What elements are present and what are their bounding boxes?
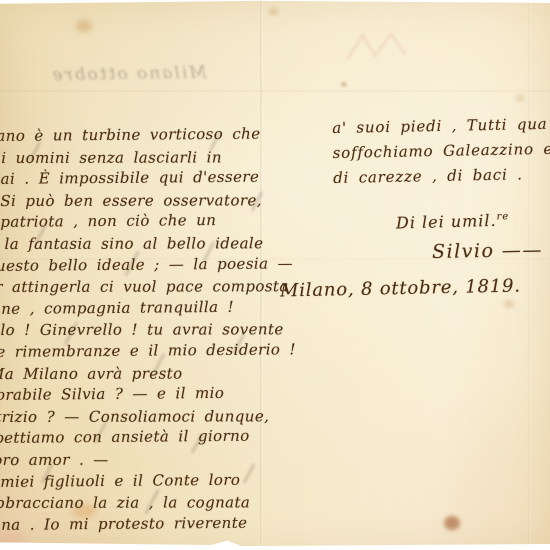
handwritten-line: ile rimembranze e il mio desiderio !	[0, 339, 276, 363]
handwritten-line: loro amor . —	[0, 449, 276, 471]
foxing-stain	[341, 82, 347, 87]
closing-superscript: re	[496, 211, 509, 222]
closing-line: Di lei umil.re	[396, 211, 510, 233]
right-fold-crease	[528, 2, 531, 544]
dateline: Milano, 8 ottobre, 1819.	[280, 275, 521, 301]
handwritten-line: questo bello ideale ; — la poesia —	[0, 253, 276, 277]
handwritten-line: Ma Milano avrà presto	[0, 363, 276, 385]
horizontal-crease	[0, 90, 550, 92]
handwritten-line: di carezze , di baci .	[333, 161, 550, 191]
red-ink-bleed-mark	[344, 28, 418, 68]
handwritten-line: mai . È impossibile qui d'essere	[0, 167, 276, 191]
handwritten-line: pina . Io mi protesto riverente	[0, 512, 276, 536]
left-page-text: ilano è un turbine vorticoso chegli uomi…	[0, 126, 276, 536]
foxing-stain	[269, 8, 278, 15]
foxing-stain	[444, 516, 460, 530]
foxing-stain	[516, 95, 524, 101]
handwritten-line: abbracciano la zia , la cognata	[0, 492, 276, 514]
handwritten-line: spettiamo con ansietà il giorno	[0, 426, 276, 450]
right-page-paragraph: a' suoi piedi , Tutti quasoffochiamo Gal…	[332, 111, 550, 191]
letter-photo: Milano ottobre ilano è un turbine vortic…	[0, 0, 550, 550]
paper-sheet: Milano ottobre ilano è un turbine vortic…	[0, 0, 550, 550]
closing-text: Di lei umil.	[396, 211, 497, 233]
handwritten-line: , patriota , non ciò che un	[0, 210, 276, 234]
handwritten-line: dorabile Silvia ? — e il mio	[0, 383, 276, 407]
handwritten-line: er attingerla ci vuol pace composta	[0, 276, 276, 298]
ghost-heading: Milano ottobre	[31, 62, 226, 85]
foxing-stain	[504, 300, 514, 308]
handwritten-line: ello ! Ginevrello ! tu avrai sovente	[0, 320, 276, 342]
signature: Silvio ——	[432, 239, 543, 263]
handwritten-line: a la fantasia sino al bello ideale	[0, 233, 276, 255]
handwritten-line: ilano è un turbine vorticoso che	[0, 123, 276, 147]
handwritten-line: i miei figliuoli e il Conte loro	[0, 469, 276, 493]
handwritten-line: dine , compagnia tranquilla !	[0, 296, 276, 320]
foxing-stain	[76, 20, 92, 32]
